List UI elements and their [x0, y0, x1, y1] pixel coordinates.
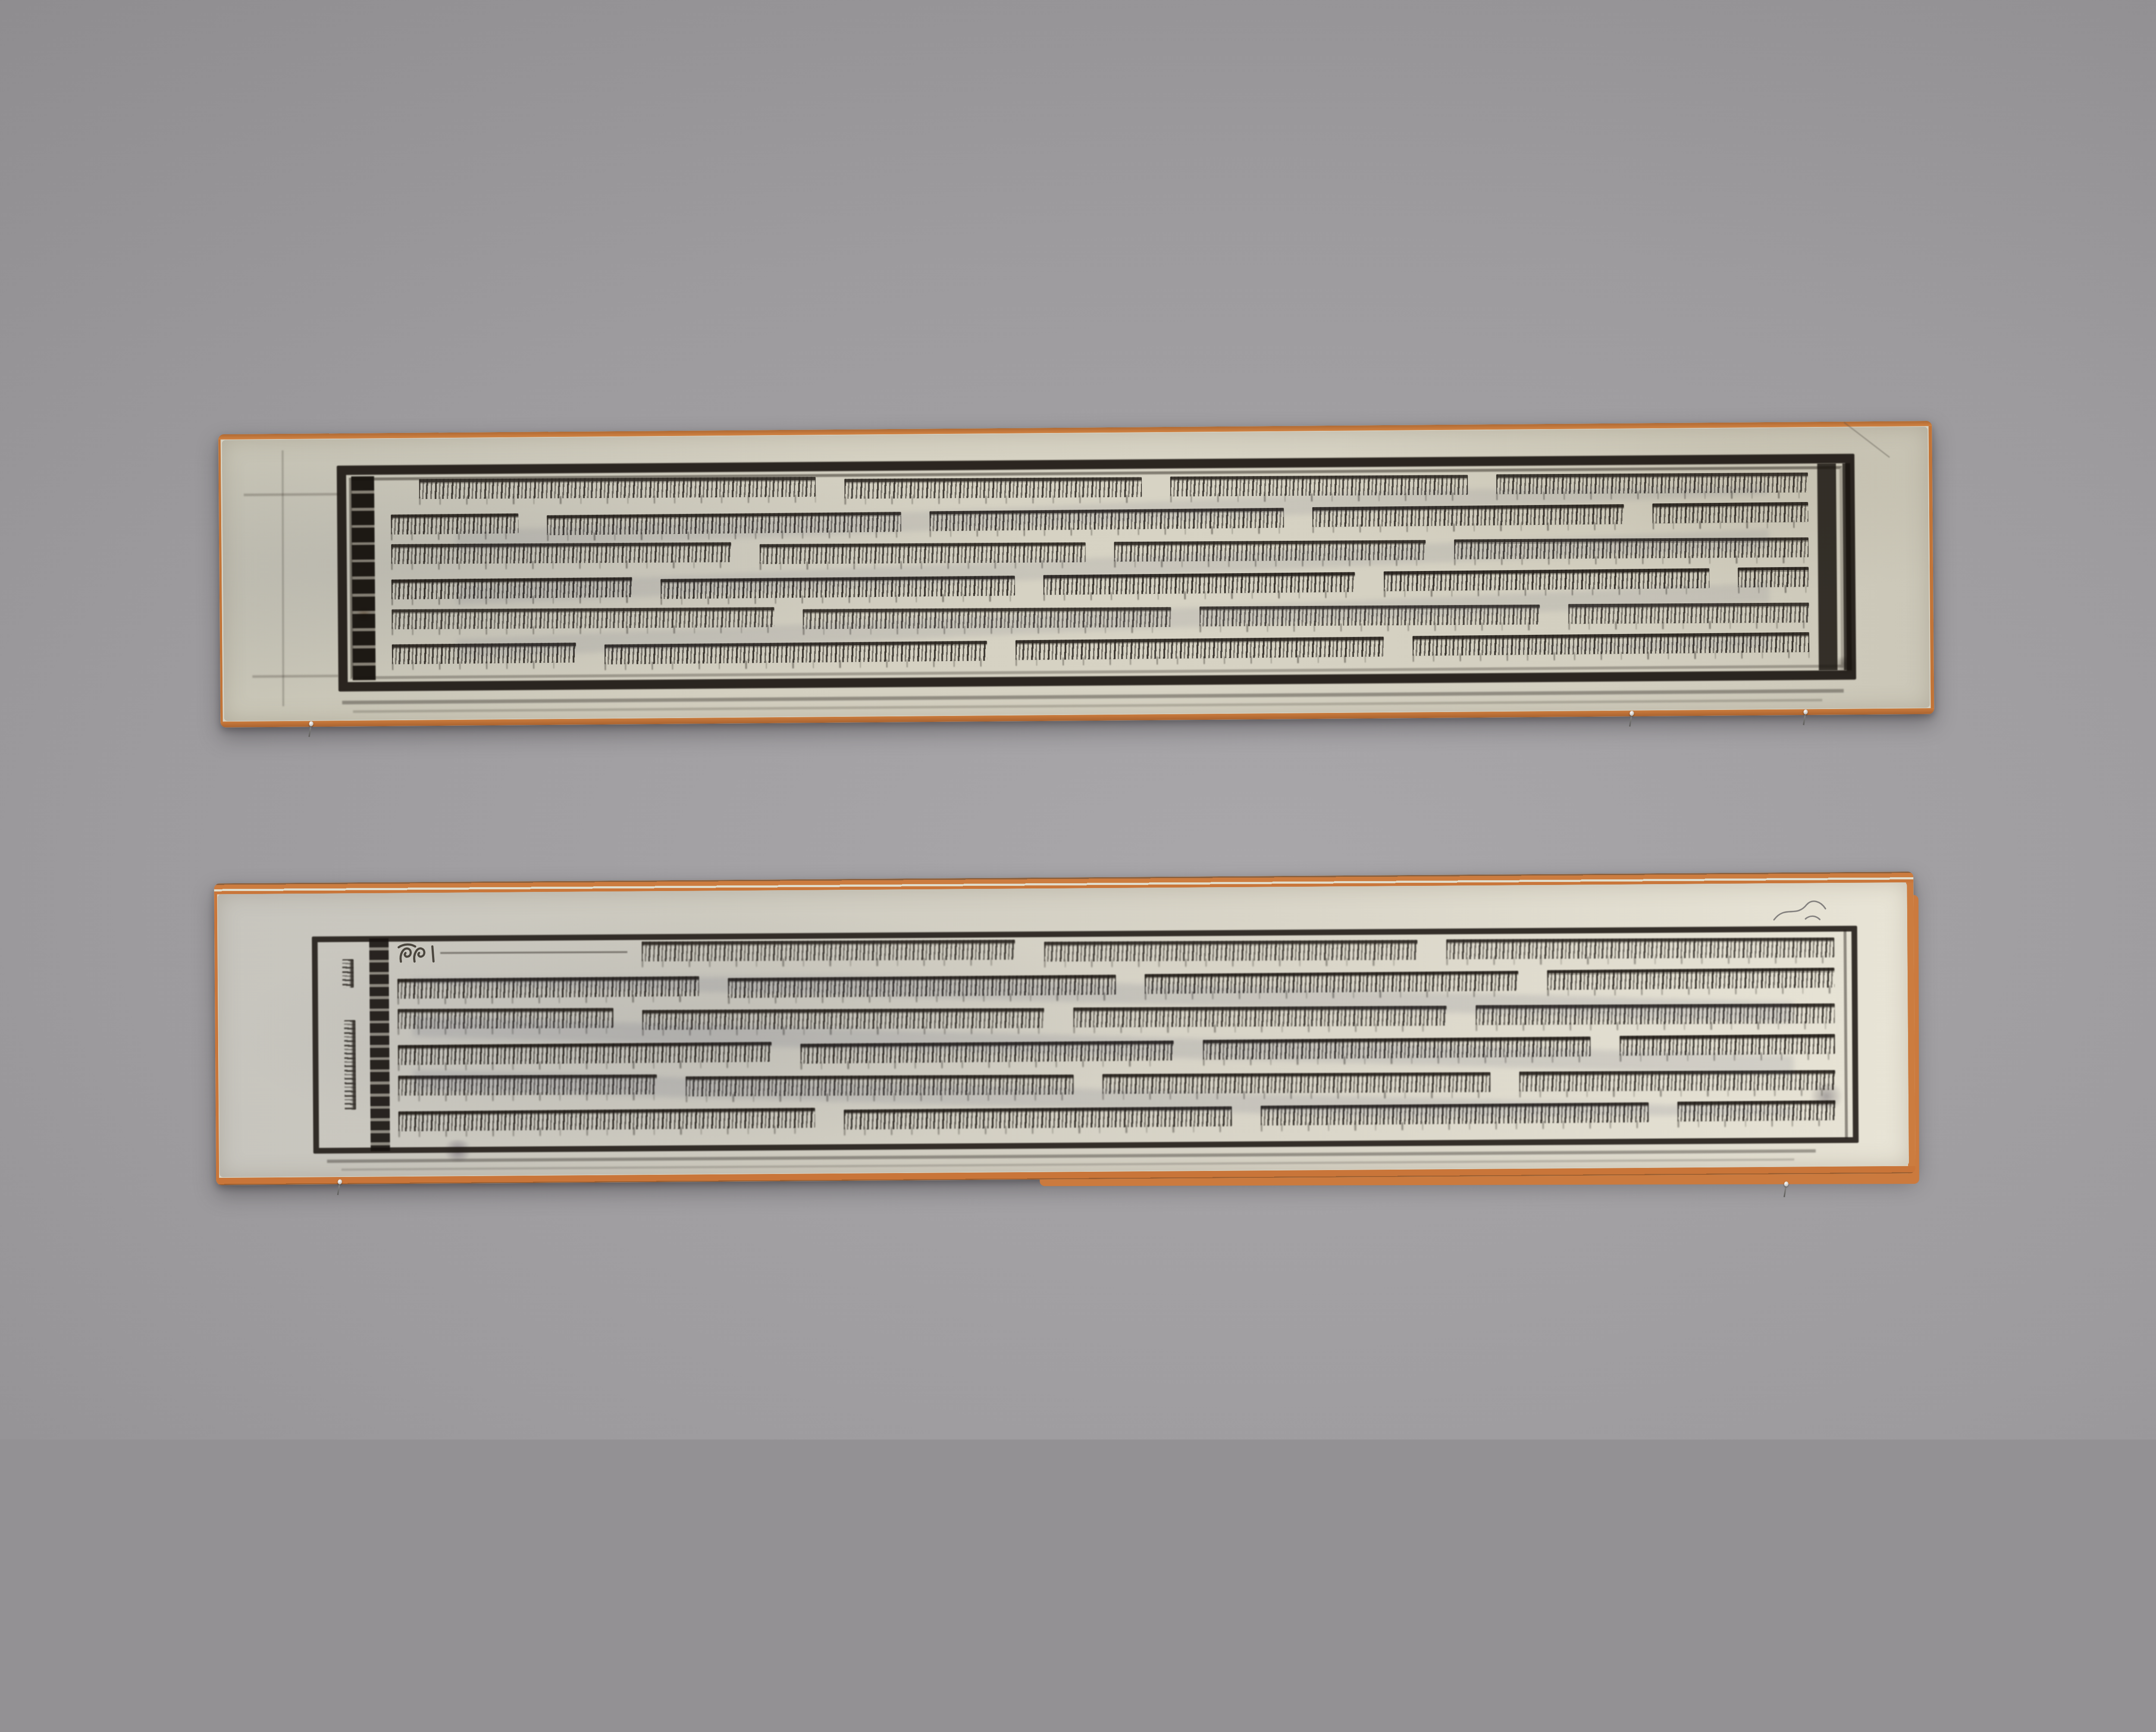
script-segment	[1203, 1036, 1591, 1060]
script-segment	[1547, 967, 1835, 990]
script-segment	[1568, 602, 1809, 624]
script-segment	[1476, 1004, 1835, 1026]
paper-surface	[218, 882, 1909, 1177]
guide-rule	[440, 951, 627, 954]
script-segment	[1738, 567, 1809, 587]
corner-fold-line	[1844, 422, 1890, 458]
script-segment	[398, 1042, 772, 1065]
left-margin-column	[319, 943, 371, 1146]
script-segment	[1446, 938, 1834, 960]
script-segment	[1145, 971, 1519, 994]
script-segment	[1383, 568, 1709, 591]
rule-extension-line	[252, 675, 338, 678]
script-segment	[1114, 540, 1426, 562]
script-segment	[1200, 604, 1540, 626]
rule-extension-line	[244, 493, 340, 496]
script-segment	[392, 643, 577, 665]
printed-text-frame	[312, 926, 1858, 1154]
script-segment	[1102, 1072, 1490, 1094]
paper-crease	[282, 450, 284, 706]
script-segment	[760, 543, 1086, 565]
script-segment	[392, 577, 633, 599]
script-segment	[1519, 1070, 1835, 1092]
yig-mgo-head-mark	[395, 942, 449, 966]
script-segment	[1044, 572, 1356, 595]
manuscript-leaf-upper	[218, 421, 1934, 728]
script-segment	[392, 607, 774, 629]
printed-text-frame	[337, 454, 1856, 691]
frame-divider-bar	[369, 938, 390, 1151]
script-segment	[419, 477, 816, 499]
script-segment	[391, 542, 731, 564]
script-lines-area	[391, 471, 1810, 677]
script-segment	[1619, 1034, 1835, 1056]
script-segment	[1073, 1006, 1447, 1028]
script-segment	[844, 1106, 1232, 1130]
script-segment	[686, 1074, 1074, 1096]
script-segment	[728, 975, 1116, 998]
script-segment	[605, 641, 987, 665]
script-segment	[398, 1074, 657, 1095]
script-segment	[1454, 537, 1808, 559]
script-segment	[642, 1008, 1044, 1030]
margin-notation	[344, 1020, 356, 1110]
frame-left-bar	[351, 476, 376, 681]
script-lines-area	[397, 935, 1836, 1144]
script-segment	[1677, 1100, 1836, 1122]
script-segment	[398, 976, 699, 999]
script-segment	[844, 477, 1142, 499]
script-segment	[391, 513, 518, 534]
paper-surface	[222, 427, 1930, 721]
script-segment	[642, 940, 1015, 962]
script-segment	[547, 511, 901, 535]
script-segment	[1015, 637, 1384, 660]
script-segment	[803, 607, 1172, 629]
frame-right-double-bar	[1817, 463, 1852, 671]
script-segment	[1412, 632, 1809, 656]
script-segment	[1652, 502, 1808, 524]
script-segment	[398, 1108, 815, 1132]
script-segment	[1170, 475, 1468, 497]
manuscript-leaf-lower	[214, 872, 1915, 1185]
script-segment	[1044, 940, 1418, 962]
script-segment	[1496, 472, 1808, 494]
margin-notation	[342, 959, 354, 988]
script-segment	[1260, 1102, 1648, 1126]
photo-background-board	[0, 0, 2156, 1440]
script-segment	[929, 508, 1284, 531]
script-segment	[398, 1008, 613, 1029]
script-segment	[1312, 504, 1624, 527]
script-segment	[661, 576, 1015, 599]
script-segment	[800, 1040, 1174, 1064]
